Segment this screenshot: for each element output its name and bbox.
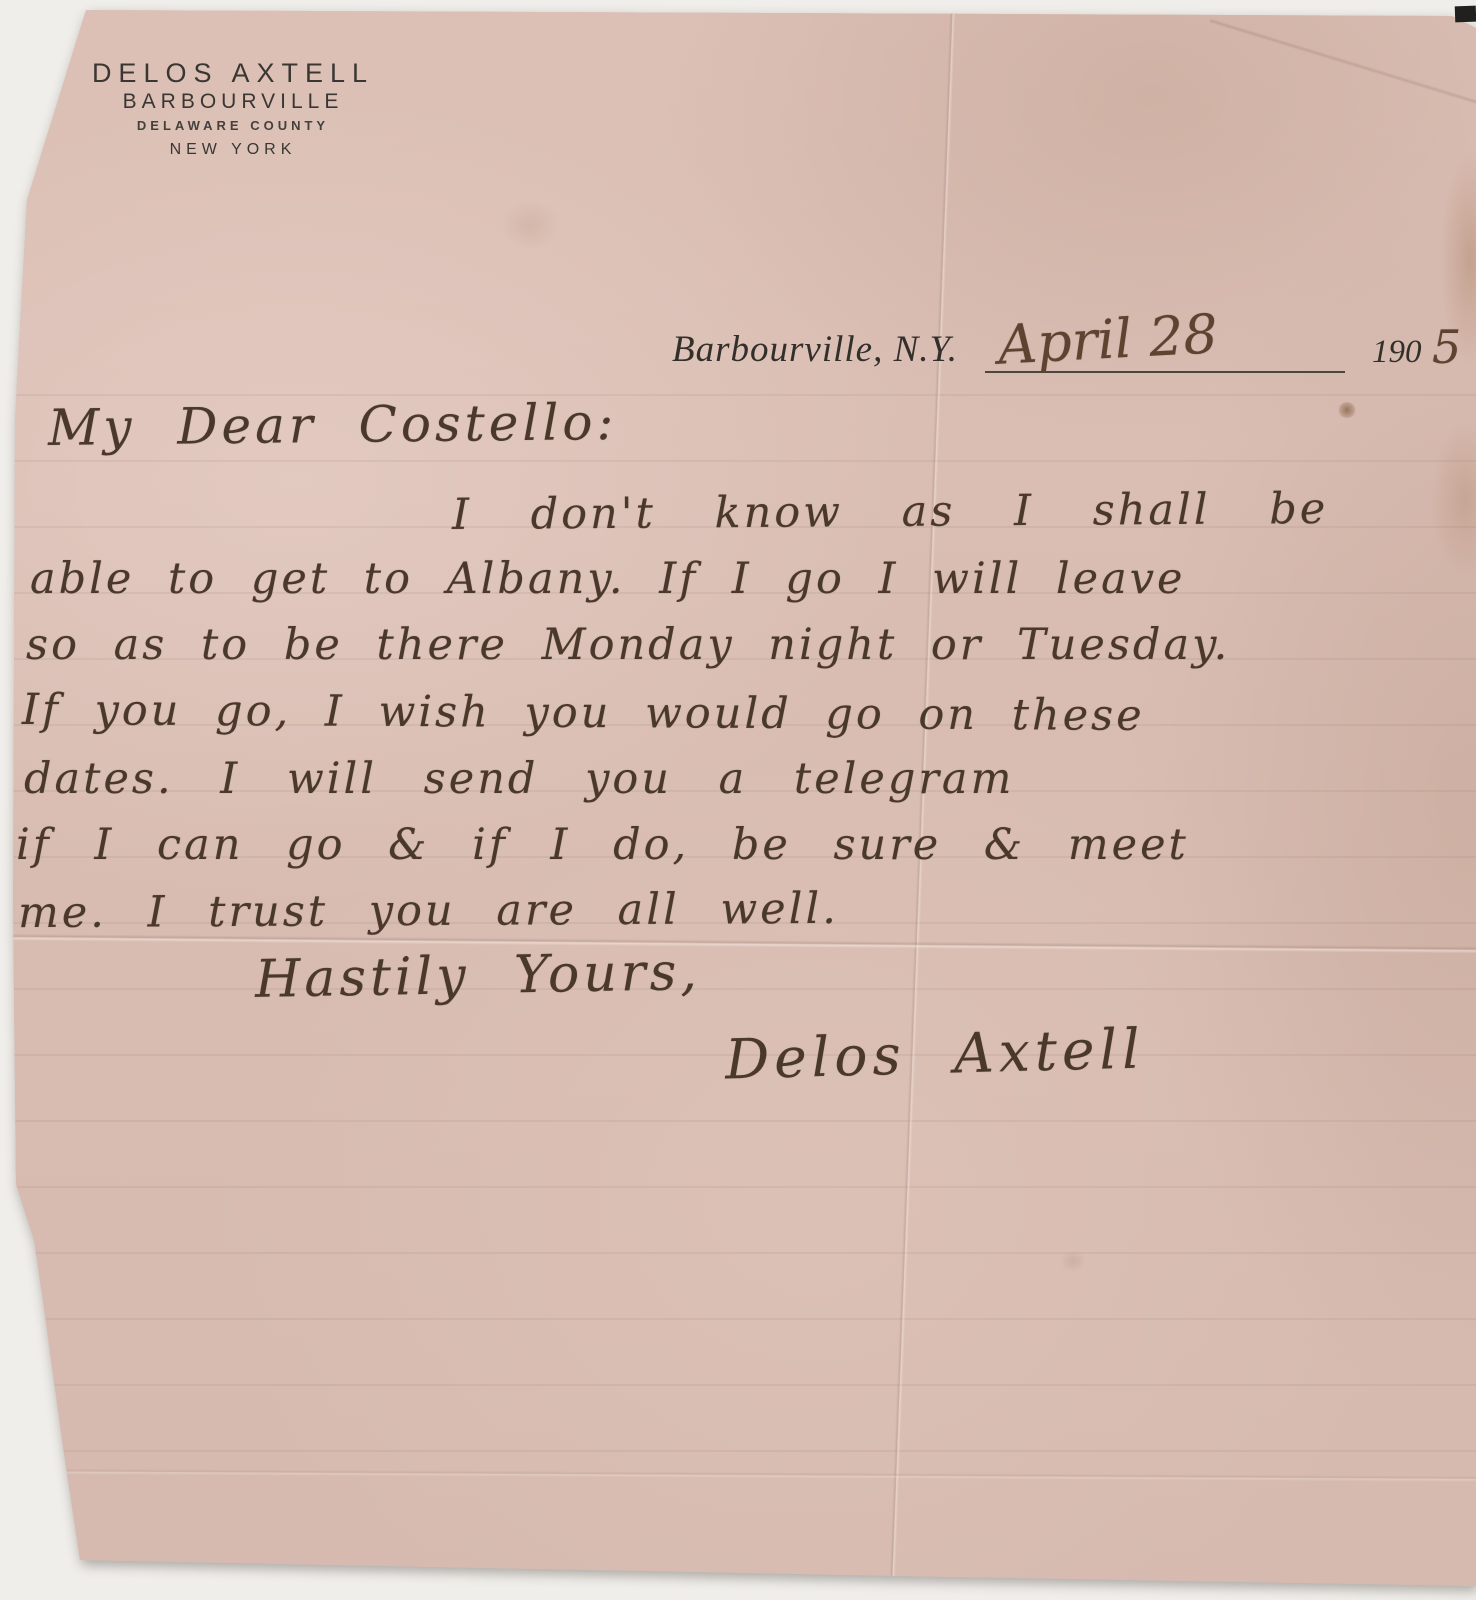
lower-fold-crease xyxy=(10,1468,1476,1482)
letter-paper-sheet: DELOS AXTELL BARBOURVILLE DELAWARE COUNT… xyxy=(0,0,1476,1600)
body-line: so as to be there Monday night or Tuesda… xyxy=(26,620,1230,670)
letterhead-block: DELOS AXTELL BARBOURVILLE DELAWARE COUNT… xyxy=(78,58,388,162)
faint-stain-lower xyxy=(1060,1250,1086,1272)
body-line: me. I trust you are all well. xyxy=(18,884,839,938)
paper-shadow-wrap: DELOS AXTELL BARBOURVILLE DELAWARE COUNT… xyxy=(0,0,1476,1600)
dateline-year-suffix-handwritten: 5 xyxy=(1432,320,1461,374)
corner-crease xyxy=(1209,18,1476,110)
letterhead-name: DELOS AXTELL xyxy=(78,58,388,88)
faint-stain-top xyxy=(500,200,560,250)
closing: Hastily Yours, xyxy=(255,942,702,1010)
body-line: I don't know as I shall be xyxy=(452,484,1329,540)
scanned-letter-canvas: DELOS AXTELL BARBOURVILLE DELAWARE COUNT… xyxy=(0,0,1476,1600)
dateline-year-printed: 190 xyxy=(1372,334,1422,371)
signature: Delos Axtell xyxy=(724,1017,1145,1092)
dateline-place-printed: Barbourville, N.Y. xyxy=(672,328,958,371)
body-line: if I can go & if I do, be sure & meet xyxy=(16,820,1189,870)
letterhead-town: BARBOURVILLE xyxy=(78,88,388,115)
letterhead-state: NEW YORK xyxy=(78,137,388,162)
salutation: My Dear Costello: xyxy=(48,393,618,457)
dateline-date-handwritten: April 28 xyxy=(997,302,1220,376)
body-line: If you go, I wish you would go on these xyxy=(22,685,1145,741)
scanner-edge-mark xyxy=(1455,6,1476,23)
body-line: dates. I will send you a telegram xyxy=(24,754,1014,804)
letterhead-county: DELAWARE COUNTY xyxy=(78,115,388,137)
ink-stain-spot xyxy=(1338,402,1356,418)
body-line: able to get to Albany. If I go I will le… xyxy=(30,554,1185,604)
edge-stain-middle xyxy=(1430,420,1476,580)
